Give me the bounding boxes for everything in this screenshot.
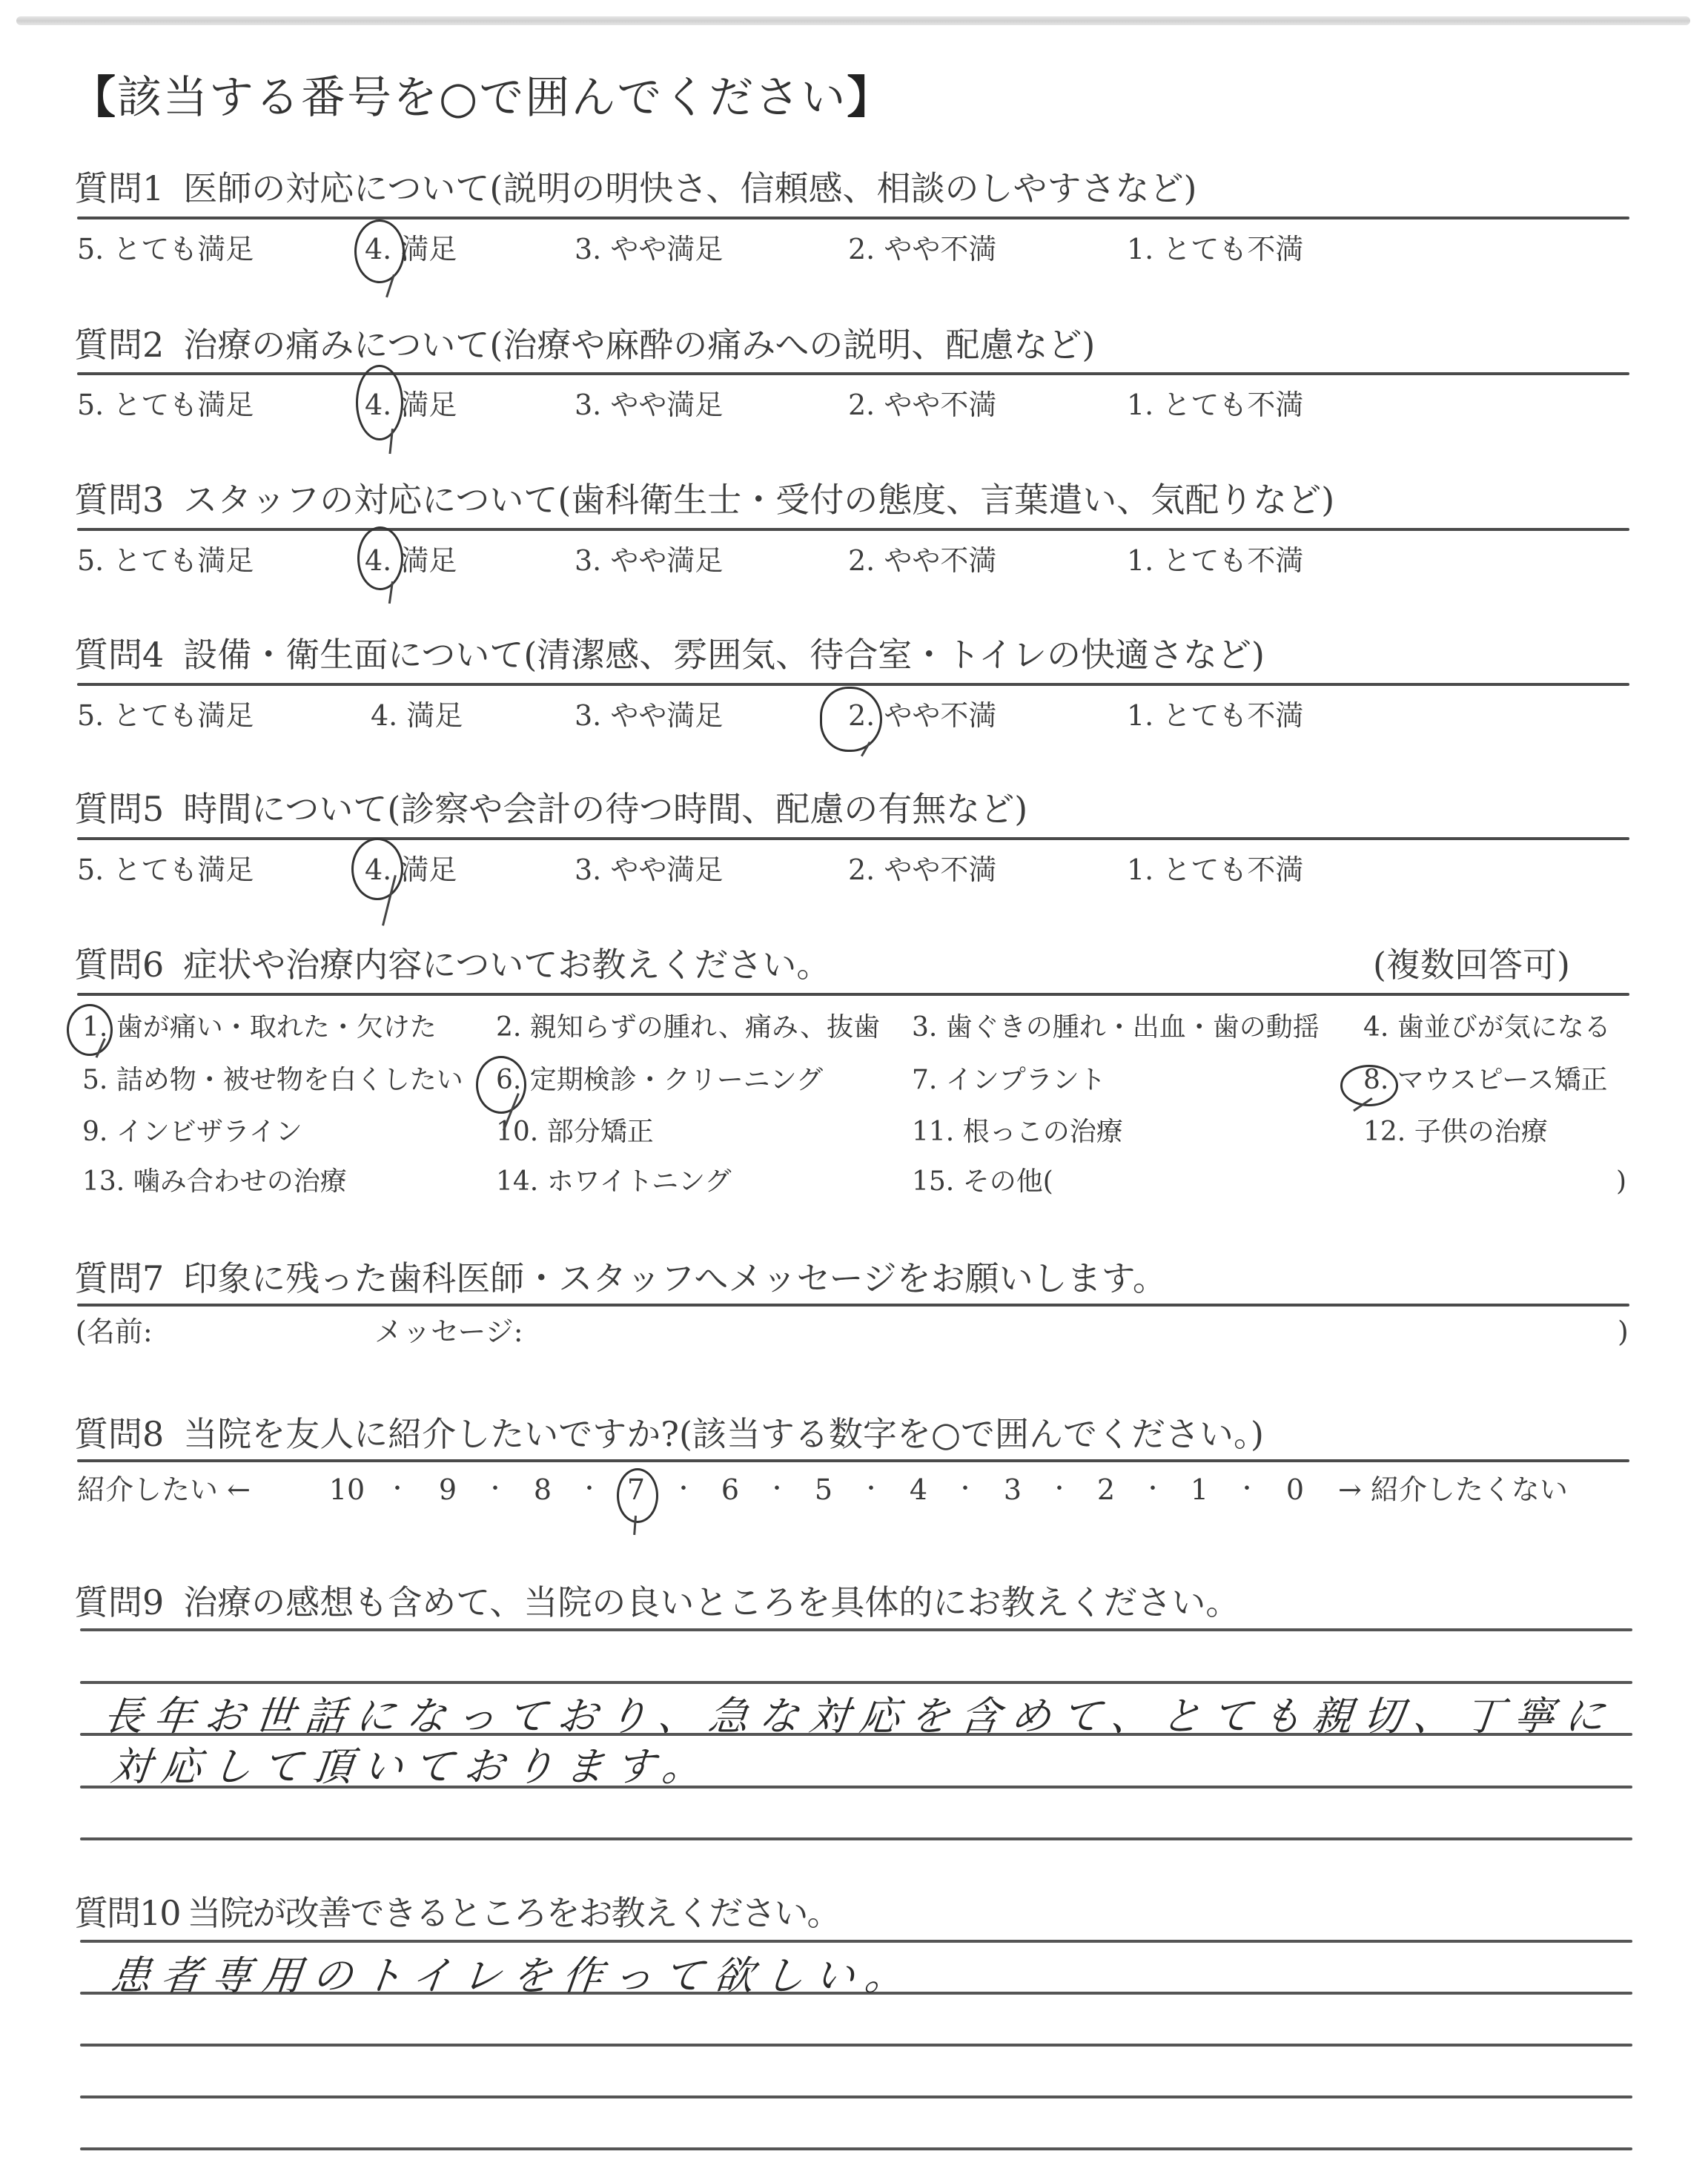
option-1[interactable]: 1. とても不満: [1127, 853, 1303, 886]
form-instruction-title: 【該当する番号を○で囲んでください】: [71, 71, 893, 125]
scale-value-10[interactable]: 10: [329, 1473, 365, 1506]
answer-line: [80, 2044, 1632, 2047]
option-4[interactable]: 4. 満足: [365, 389, 457, 421]
option-4[interactable]: 4. 満足: [365, 853, 457, 886]
option-3[interactable]: 3. やや満足: [575, 233, 723, 265]
message-close-paren: ): [1618, 1315, 1629, 1348]
title-open-bracket: 【: [71, 72, 117, 124]
scale-value-8[interactable]: 8: [534, 1473, 552, 1506]
scale-value-1[interactable]: 1: [1191, 1473, 1208, 1506]
question-7-heading: 質問7印象に残った歯科医師・スタッフへメッセージをお願いします。: [74, 1258, 1167, 1299]
option-3[interactable]: 3. やや満足: [575, 699, 723, 732]
symptom-option-10[interactable]: 10. 部分矯正: [496, 1117, 654, 1148]
option-4[interactable]: 4. 満足: [371, 699, 463, 732]
handwritten-answer-line-1: 長年お世話になっており、急な対応を含めて、とても親切、丁寧に: [101, 1685, 1618, 1742]
question-text: 当院を友人に紹介したいですか?(該当する数字を○で囲んでください。): [183, 1414, 1264, 1454]
question-1-heading: 質問1医師の対応について(説明の明快さ、信頼感、相談のしやすさなど): [74, 168, 1196, 209]
scale-value-0[interactable]: 0: [1286, 1473, 1304, 1506]
circle-tail-stroke: [385, 274, 395, 297]
question-divider: [77, 1304, 1629, 1307]
question-divider: [77, 1459, 1629, 1462]
question-divider: [77, 528, 1629, 531]
question-text: 症状や治療内容についてお教えください。: [183, 945, 830, 985]
question-text: 医師の対応について(説明の明快さ、信頼感、相談のしやすさなど): [183, 168, 1196, 208]
question-text: 治療の感想も含めて、当院の良いところを具体的にお教えください。: [183, 1582, 1239, 1622]
question-9-heading: 質問9治療の感想も含めて、当院の良いところを具体的にお教えください。: [74, 1582, 1239, 1623]
question-divider: [77, 683, 1629, 686]
question-number: 質問3: [74, 480, 164, 520]
option-4[interactable]: 4. 満足: [365, 233, 457, 265]
question-5-heading: 質問5時間について(診察や会計の待つ時間、配慮の有無など): [74, 788, 1027, 830]
question-number: 質問10: [74, 1893, 180, 1933]
question-divider: [77, 993, 1629, 996]
question-number: 質問9: [74, 1582, 164, 1622]
option-1[interactable]: 1. とても不満: [1127, 389, 1303, 421]
question-number: 質問7: [74, 1258, 164, 1298]
answer-line: [80, 1837, 1632, 1840]
question-text: スタッフの対応について(歯科衛生士・受付の態度、言葉遣い、気配りなど): [183, 480, 1334, 520]
option-3[interactable]: 3. やや満足: [575, 544, 723, 577]
symptom-option-7[interactable]: 7. インプラント: [912, 1065, 1106, 1096]
symptom-option-11[interactable]: 11. 根っこの治療: [912, 1117, 1123, 1148]
answer-line: [80, 2095, 1632, 2098]
message-field[interactable]: [563, 1315, 1601, 1348]
option-5[interactable]: 5. とても満足: [77, 233, 254, 265]
option-2[interactable]: 2. やや不満: [848, 699, 996, 732]
scale-separator: ・: [484, 1473, 506, 1506]
question-2-heading: 質問2治療の痛みについて(治療や麻酔の痛みへの説明、配慮など): [74, 324, 1095, 366]
scale-value-2[interactable]: 2: [1097, 1473, 1115, 1506]
question-number: 質問1: [74, 168, 164, 208]
option-5[interactable]: 5. とても満足: [77, 853, 254, 886]
handwritten-answer-line-2: 対応して頂いております。: [108, 1735, 716, 1792]
question-divider: [77, 837, 1629, 840]
scale-right-label: → 紹介したくない: [1338, 1473, 1568, 1506]
question-8-heading: 質問8当院を友人に紹介したいですか?(該当する数字を○で囲んでください。): [74, 1413, 1264, 1455]
handwritten-answer-line-1: 患者専用のトイレを作って欲しい。: [108, 1944, 918, 2001]
question-divider: [77, 372, 1629, 375]
question-text: 時間について(診察や会計の待つ時間、配慮の有無など): [183, 789, 1027, 829]
scale-value-6[interactable]: 6: [721, 1473, 739, 1506]
option-5[interactable]: 5. とても満足: [77, 544, 254, 577]
option-5[interactable]: 5. とても満足: [77, 699, 254, 732]
option-2[interactable]: 2. やや不満: [848, 544, 996, 577]
circle-tail-stroke: [1353, 1097, 1373, 1112]
question-divider: [77, 217, 1629, 219]
circle-tail-stroke: [861, 742, 871, 757]
scale-separator: ・: [860, 1473, 882, 1506]
question-6-heading: 質問6症状や治療内容についてお教えください。: [74, 944, 830, 985]
symptom-option-8[interactable]: 8. マウスピース矯正: [1363, 1065, 1607, 1096]
question-number: 質問5: [74, 789, 164, 829]
option-4[interactable]: 4. 満足: [365, 544, 457, 577]
scale-value-5[interactable]: 5: [815, 1473, 833, 1506]
scale-separator: ・: [766, 1473, 788, 1506]
scale-separator: ・: [1048, 1473, 1070, 1506]
symptom-option-1[interactable]: 1. 歯が痛い・取れた・欠けた: [82, 1012, 437, 1043]
symptom-option-2[interactable]: 2. 親知らずの腫れ、痛み、抜歯: [496, 1012, 880, 1043]
scale-value-7[interactable]: 7: [627, 1473, 645, 1506]
title-close-bracket: 】: [847, 72, 893, 124]
symptom-option-14[interactable]: 14. ホワイトニング: [496, 1166, 731, 1198]
symptom-option-13[interactable]: 13. 噛み合わせの治療: [82, 1166, 347, 1198]
scale-separator: ・: [1236, 1473, 1258, 1506]
question-text: 治療の痛みについて(治療や麻酔の痛みへの説明、配慮など): [183, 325, 1095, 365]
option-2[interactable]: 2. やや不満: [848, 389, 996, 421]
multiple-answers-note: (複数回答可): [1373, 944, 1570, 985]
symptom-option-12[interactable]: 12. 子供の治療: [1363, 1117, 1548, 1148]
question-number: 質問4: [74, 635, 164, 675]
other-close-paren: ): [1616, 1166, 1626, 1198]
option-2[interactable]: 2. やや不満: [848, 233, 996, 265]
scale-separator: ・: [578, 1473, 600, 1506]
answer-line: [80, 1681, 1632, 1684]
question-number: 質問6: [74, 945, 164, 985]
symptom-option-5[interactable]: 5. 詰め物・被せ物を白くしたい: [82, 1065, 463, 1096]
scale-separator: ・: [672, 1473, 695, 1506]
question-text: 印象に残った歯科医師・スタッフへメッセージをお願いします。: [183, 1258, 1167, 1298]
question-4-heading: 質問4設備・衛生面について(清潔感、雰囲気、待合室・トイレの快適さなど): [74, 634, 1265, 676]
symptom-option-6[interactable]: 6. 定期検診・クリーニング: [496, 1065, 823, 1096]
question-text: 設備・衛生面について(清潔感、雰囲気、待合室・トイレの快適さなど): [183, 635, 1265, 675]
circle-tail-stroke: [388, 581, 394, 604]
answer-line: [80, 2147, 1632, 2150]
option-2[interactable]: 2. やや不満: [848, 853, 996, 886]
symptom-option-4[interactable]: 4. 歯並びが気になる: [1363, 1012, 1611, 1043]
question-text: 当院が改善できるところをお教えください。: [188, 1893, 840, 1933]
scale-separator: ・: [386, 1473, 408, 1506]
scan-top-edge: [16, 16, 1690, 25]
message-label: メッセージ:: [374, 1315, 523, 1348]
title-text: 該当する番号を○で囲んでください: [117, 72, 847, 124]
question-number: 質問8: [74, 1414, 164, 1454]
option-1[interactable]: 1. とても不満: [1127, 233, 1303, 265]
circle-tail-stroke: [388, 429, 394, 454]
symptom-option-3[interactable]: 3. 歯ぐきの腫れ・出血・歯の動揺: [912, 1012, 1320, 1043]
scale-separator: ・: [954, 1473, 976, 1506]
answer-line: [80, 1940, 1632, 1943]
option-5[interactable]: 5. とても満足: [77, 389, 254, 421]
option-3[interactable]: 3. やや満足: [575, 389, 723, 421]
question-10-heading: 質問10当院が改善できるところをお教えください。: [74, 1892, 840, 1934]
scale-value-3[interactable]: 3: [1004, 1473, 1022, 1506]
answer-line: [80, 1628, 1632, 1631]
question-number: 質問2: [74, 325, 164, 365]
option-1[interactable]: 1. とても不満: [1127, 544, 1303, 577]
option-1[interactable]: 1. とても不満: [1127, 699, 1303, 732]
name-field[interactable]: [178, 1315, 356, 1348]
name-label: (名前:: [76, 1315, 153, 1348]
symptom-option-15-other[interactable]: 15. その他(: [912, 1166, 1053, 1198]
symptom-option-9[interactable]: 9. インビザライン: [82, 1117, 302, 1148]
option-3[interactable]: 3. やや満足: [575, 853, 723, 886]
scale-value-4[interactable]: 4: [910, 1473, 927, 1506]
scale-left-label: 紹介したい ←: [77, 1473, 251, 1506]
circle-tail-stroke: [633, 1516, 637, 1535]
scale-separator: ・: [1142, 1473, 1164, 1506]
scale-value-9[interactable]: 9: [439, 1473, 457, 1506]
question-3-heading: 質問3スタッフの対応について(歯科衛生士・受付の態度、言葉遣い、気配りなど): [74, 479, 1334, 521]
